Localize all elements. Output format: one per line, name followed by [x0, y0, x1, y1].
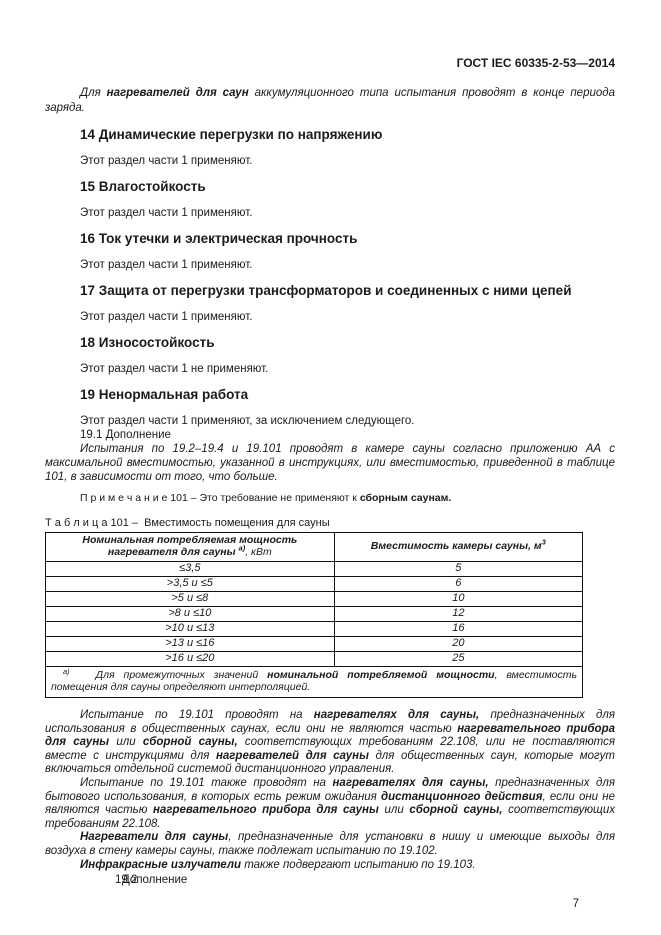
clause-19-2-label: 19.2Дополнение — [45, 873, 615, 887]
table-cell: 6 — [334, 577, 582, 592]
page-number: 7 — [45, 897, 615, 911]
col1-header-unit: , кВт — [245, 546, 272, 558]
table-col1-header: Номинальная потребляемая мощность нагрев… — [46, 533, 335, 562]
paragraph-19-102: Нагреватели для сауны, предназначенные д… — [45, 831, 615, 858]
section-16-heading: 16 Ток утечки и электрическая прочность — [80, 231, 615, 247]
table-cell: >3,5 и ≤5 — [46, 577, 335, 592]
table-cell: 16 — [334, 622, 582, 637]
clause-19-2-word: Дополнение — [122, 874, 187, 886]
paragraph-19-101-household: Испытание по 19.101 также проводят на на… — [45, 777, 615, 831]
table-cell: >8 и ≤10 — [46, 607, 335, 622]
section-16-body: Этот раздел части 1 применяют. — [45, 258, 615, 272]
table-header-row: Номинальная потребляемая мощность нагрев… — [46, 533, 583, 562]
table-caption-title: Вместимость помещения для сауны — [144, 517, 329, 529]
section-18-heading: 18 Износостойкость — [80, 335, 615, 351]
table-cell: 12 — [334, 607, 582, 622]
table-caption-word: Т а б л и ц а 101 – — [45, 517, 138, 529]
table-footnote: а)Для промежуточных значений номинальной… — [46, 667, 583, 698]
table-row: >13 и ≤1620 — [46, 637, 583, 652]
table-cell: 25 — [334, 652, 582, 667]
clause-19-1-paragraph: Испытания по 19.2–19.4 и 19.101 проводят… — [45, 442, 615, 484]
table-cell: ≤3,5 — [46, 562, 335, 577]
section-19-heading: 19 Ненормальная работа — [80, 387, 615, 403]
section-14-body: Этот раздел части 1 применяют. — [45, 154, 615, 168]
table-cell: 10 — [334, 592, 582, 607]
table-row: >16 и ≤2025 — [46, 652, 583, 667]
standard-designation: ГОСТ IEC 60335-2-53—2014 — [45, 56, 615, 70]
footnote-text: Для промежуточных значений номинальной п… — [51, 669, 577, 693]
table-cell: >16 и ≤20 — [46, 652, 335, 667]
table-row: >5 и ≤810 — [46, 592, 583, 607]
section-17-body: Этот раздел части 1 применяют. — [45, 310, 615, 324]
table-cell: >10 и ≤13 — [46, 622, 335, 637]
table-cell: 20 — [334, 637, 582, 652]
table-footnote-row: а)Для промежуточных значений номинальной… — [46, 667, 583, 698]
table-row: >10 и ≤1316 — [46, 622, 583, 637]
note-101: П р и м е ч а н и е 101 – Это требование… — [45, 492, 615, 504]
section-18-body: Этот раздел части 1 не применяют. — [45, 362, 615, 376]
table-row: >8 и ≤1012 — [46, 607, 583, 622]
paragraph-19-103: Инфракрасные излучатели также подвергают… — [45, 859, 615, 873]
section-14-heading: 14 Динамические перегрузки по напряжению — [80, 127, 615, 143]
col2-header-sup: 3 — [542, 537, 546, 546]
clause-19-1-label: 19.1 Дополнение — [45, 428, 615, 442]
section-17-heading: 17 Защита от перегрузки трансформаторов … — [80, 283, 615, 299]
document-page: ГОСТ IEC 60335-2-53—2014 Для нагревателе… — [0, 0, 661, 935]
section-15-body: Этот раздел части 1 применяют. — [45, 206, 615, 220]
paragraph-19-101-public: Испытание по 19.101 проводят на нагреват… — [45, 709, 615, 777]
col2-header-text: Вместимость камеры сауны, м — [371, 540, 542, 552]
table-101: Номинальная потребляемая мощность нагрев… — [45, 532, 583, 698]
table-cell: 5 — [334, 562, 582, 577]
section-15-heading: 15 Влагостойкость — [80, 179, 615, 195]
table-row: >3,5 и ≤56 — [46, 577, 583, 592]
table-cell: >5 и ≤8 — [46, 592, 335, 607]
table-col2-header: Вместимость камеры сауны, м3 — [334, 533, 582, 562]
table-row: ≤3,55 — [46, 562, 583, 577]
section-19-body: Этот раздел части 1 применяют, за исключ… — [45, 414, 615, 428]
table-101-caption: Т а б л и ц а 101 – Вместимость помещени… — [45, 516, 615, 530]
footnote-mark: а) — [63, 667, 70, 676]
table-cell: >13 и ≤16 — [46, 637, 335, 652]
clause-19-2-number: 19.2 — [80, 873, 122, 887]
intro-paragraph: Для нагревателей для саун аккумуляционно… — [45, 86, 615, 116]
